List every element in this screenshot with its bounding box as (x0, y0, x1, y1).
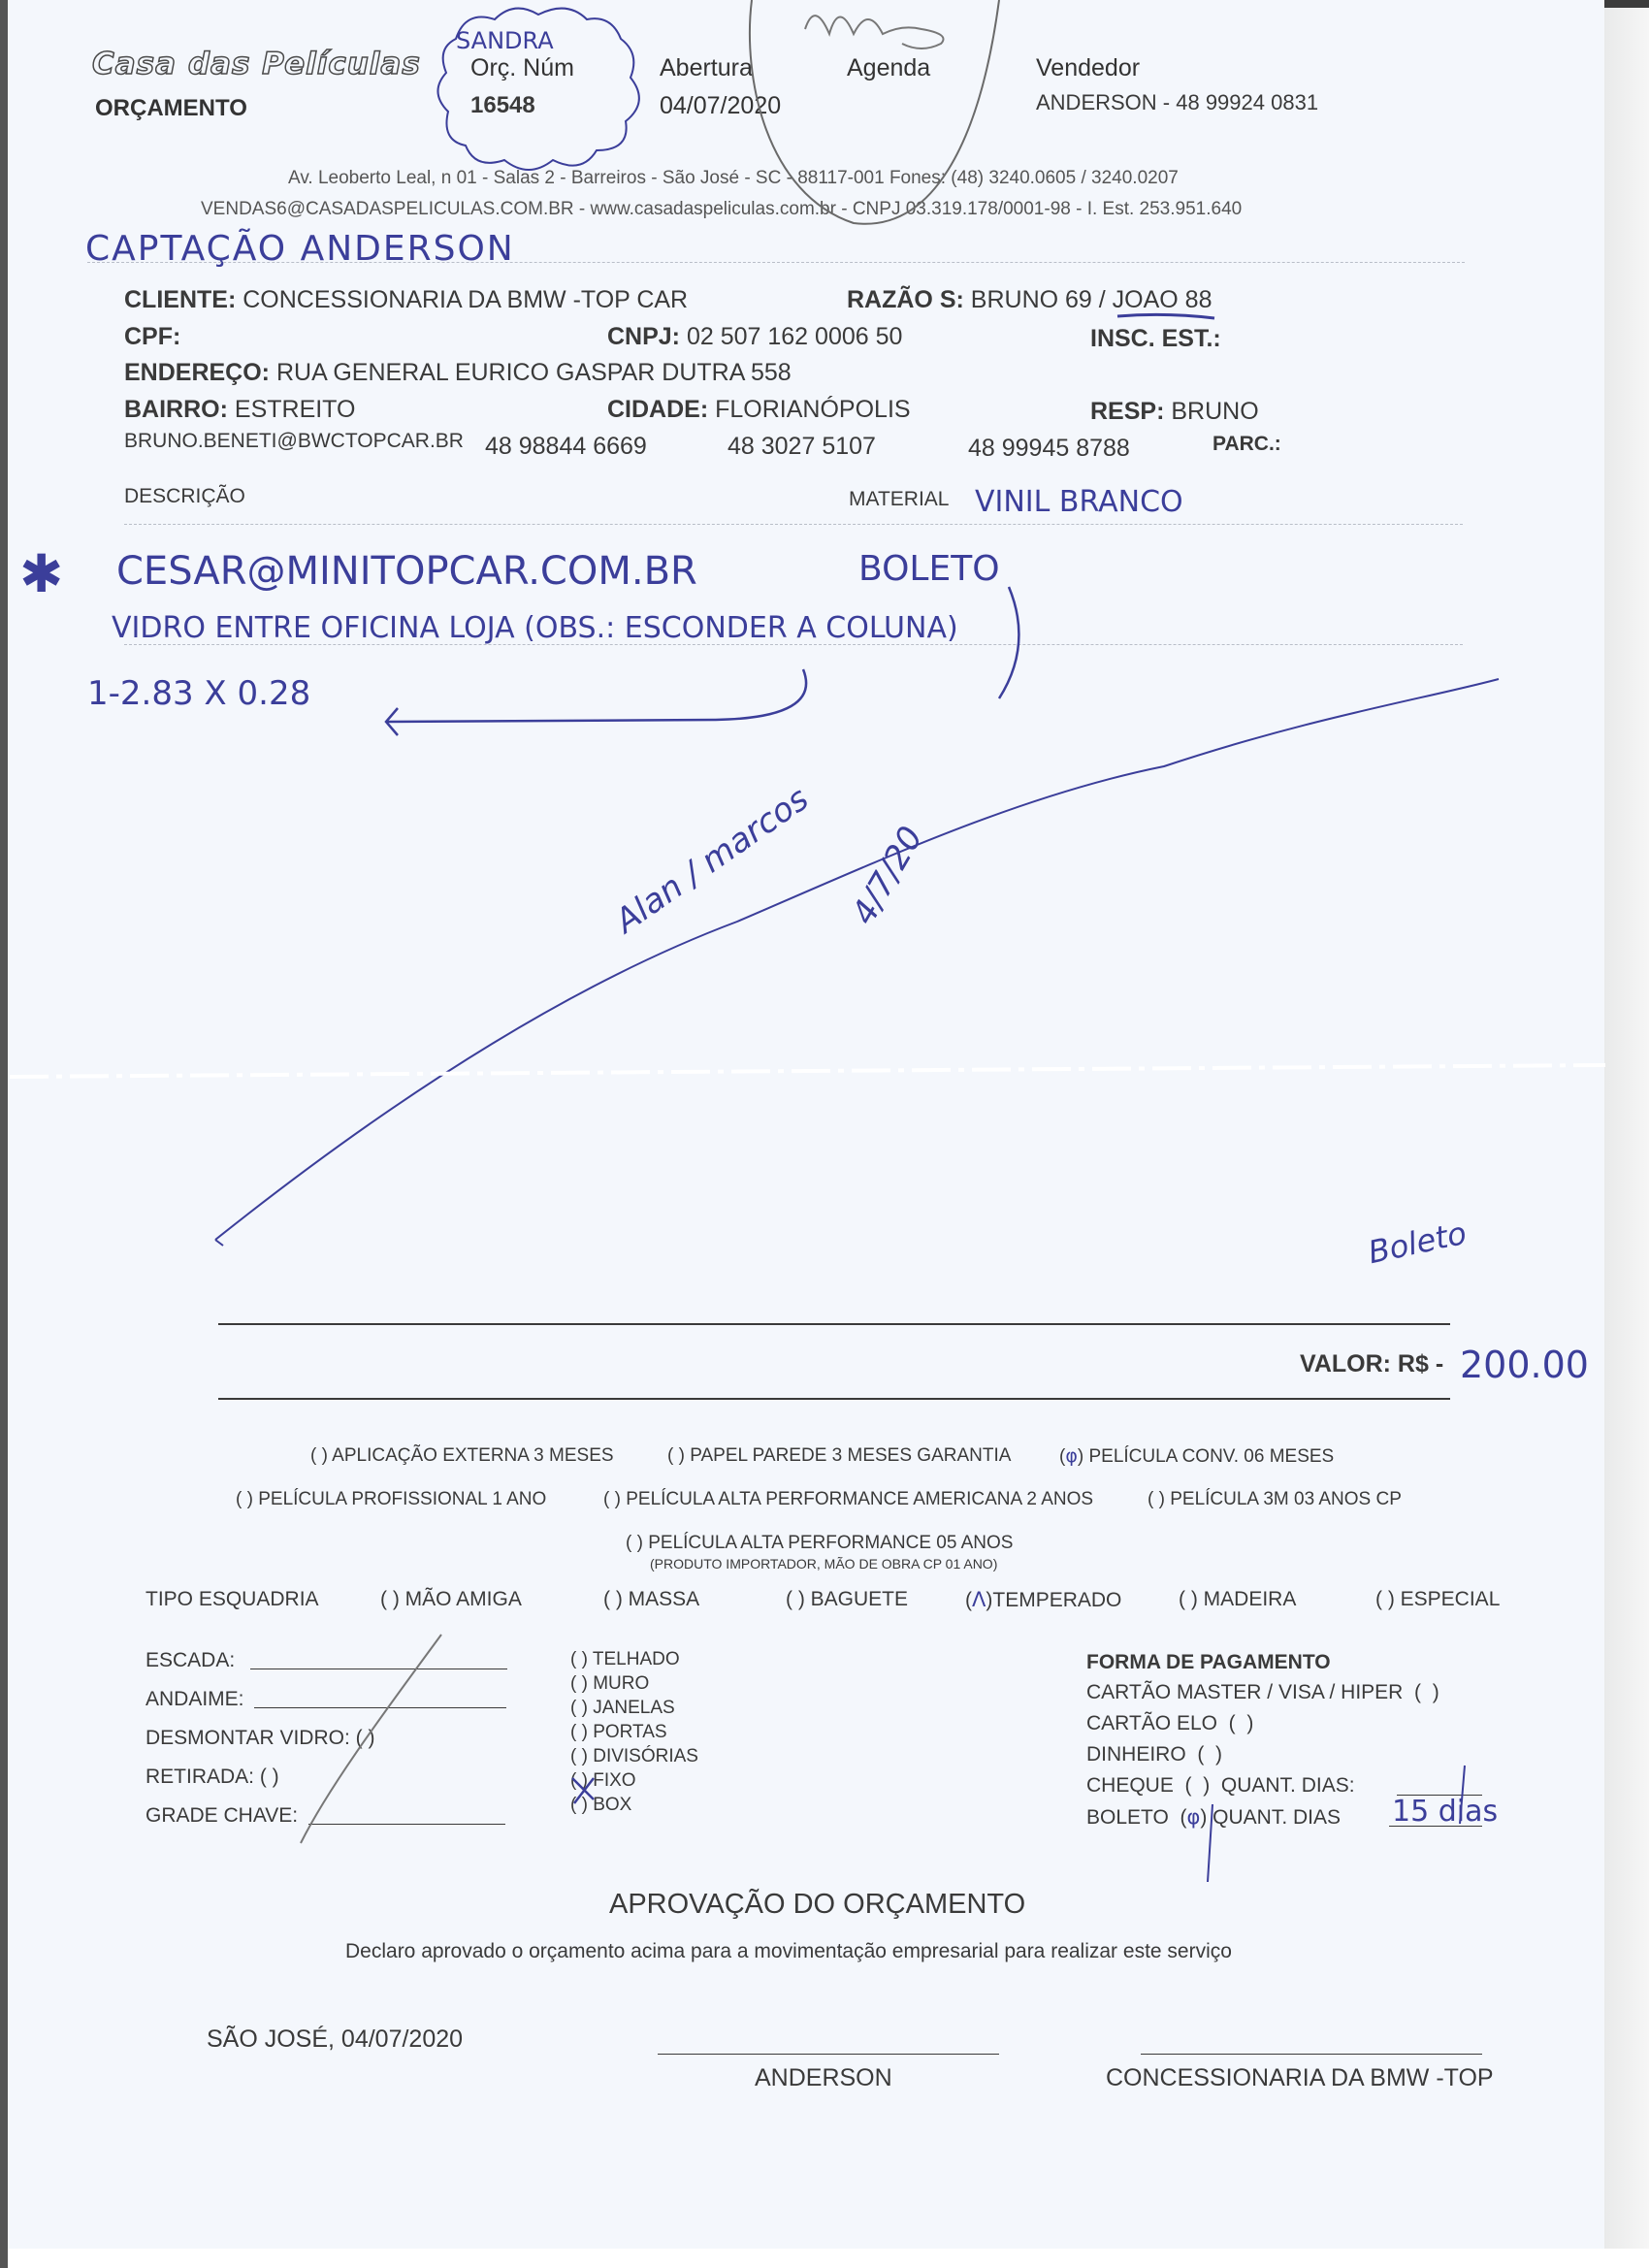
boleto-dias-label: QUANT. DIAS (1212, 1806, 1341, 1829)
cidade-label: CIDADE: (607, 396, 708, 423)
escada-blank[interactable] (250, 1669, 507, 1669)
cnpj-label: CNPJ: (607, 323, 680, 350)
local-option-checked[interactable]: ( ) FIXO (570, 1770, 636, 1792)
resp-label: RESP: (1090, 398, 1164, 425)
desmontar-label: DESMONTAR VIDRO: (145, 1727, 350, 1749)
pag-cheque[interactable]: CHEQUE ( ) QUANT. DIAS: (1086, 1774, 1355, 1798)
local-option[interactable]: ( ) BOX (570, 1795, 631, 1816)
local-option[interactable]: ( ) PORTAS (570, 1722, 667, 1743)
endereco-value: RUA GENERAL EURICO GASPAR DUTRA 558 (276, 359, 792, 386)
abertura-label: Abertura (660, 54, 753, 82)
option-label: BOLETO (1086, 1806, 1169, 1829)
bairro-value: ESTREITO (235, 396, 356, 423)
service-option[interactable]: ( ) PELÍCULA ALTA PERFORMANCE AMERICANA … (603, 1489, 1093, 1510)
esquadria-option[interactable]: ( ) MASSA (603, 1588, 699, 1611)
option-label: MADEIRA (1204, 1588, 1297, 1610)
check-mark-icon: φ (1065, 1445, 1078, 1467)
razao-field: RAZÃO S: BRUNO 69 / JOAO 88 (847, 286, 1212, 314)
signer-client: CONCESSIONARIA DA BMW -TOP (1106, 2064, 1494, 2092)
service-label: PAPEL PAREDE 3 MESES GARANTIA (690, 1445, 1011, 1466)
checkbox-icon: ( ) (570, 1795, 593, 1815)
cpf-label: CPF: (124, 323, 180, 351)
orc-num-label: Orç. Núm (470, 54, 574, 82)
insc-est-label: INSC. EST.: (1090, 325, 1221, 353)
desmontar-field[interactable]: DESMONTAR VIDRO: ( ) (145, 1727, 374, 1750)
checkbox-icon: ( ) (570, 1746, 593, 1766)
doc-type-title: ORÇAMENTO (95, 95, 247, 122)
signer-vendor: ANDERSON (755, 2064, 892, 2092)
local-option[interactable]: ( ) DIVISÓRIAS (570, 1746, 698, 1767)
grade-chave-label: GRADE CHAVE: (145, 1804, 298, 1828)
service-label: APLICAÇÃO EXTERNA 3 MESES (332, 1445, 613, 1466)
service-label: PELÍCULA 3M 03 ANOS CP (1170, 1489, 1402, 1509)
razao-value: BRUNO 69 / JOAO 88 (971, 286, 1212, 313)
pag-cartao-elo[interactable]: CARTÃO ELO ( ) (1086, 1712, 1253, 1735)
asterisk-icon: ✱ (19, 543, 63, 604)
bairro-field: BAIRRO: ESTREITO (124, 396, 355, 424)
esquadria-option[interactable]: ( ) MÃO AMIGA (380, 1588, 522, 1611)
option-label: TELHADO (593, 1649, 680, 1669)
option-label: DINHEIRO (1086, 1743, 1186, 1766)
esquadria-option-checked[interactable]: (Λ)TEMPERADO (965, 1588, 1121, 1612)
cnpj-field: CNPJ: 02 507 162 0006 50 (607, 323, 902, 351)
esquadria-option[interactable]: ( ) BAGUETE (786, 1588, 908, 1611)
service-note: (PRODUTO IMPORTADOR, MÃO DE OBRA CP 01 A… (650, 1556, 997, 1571)
valor-top-rule (218, 1323, 1450, 1325)
retirada-field[interactable]: RETIRADA: ( ) (145, 1766, 279, 1789)
pag-cartao-master[interactable]: CARTÃO MASTER / VISA / HIPER ( ) (1086, 1681, 1439, 1704)
handwritten-boleto-note: BOLETO (858, 549, 1000, 589)
divider (87, 262, 1465, 264)
service-label: PELÍCULA PROFISSIONAL 1 ANO (258, 1489, 546, 1509)
grade-chave-blank[interactable] (308, 1824, 505, 1825)
option-label: CHEQUE (1086, 1774, 1174, 1797)
check-mark-icon: φ (1186, 1805, 1200, 1829)
approval-place-date: SÃO JOSÉ, 04/07/2020 (207, 2025, 463, 2054)
company-contact: VENDAS6@CASADASPELICULAS.COM.BR - www.ca… (201, 199, 1242, 220)
option-label: CARTÃO MASTER / VISA / HIPER (1086, 1681, 1403, 1703)
client-phone-3: 48 99945 8788 (968, 435, 1130, 463)
material-value-handwritten: VINIL BRANCO (975, 485, 1183, 519)
option-label: ESPECIAL (1401, 1588, 1501, 1610)
option-label: MURO (593, 1673, 649, 1694)
checkbox-icon: ( ) (570, 1673, 593, 1694)
andaime-label: ANDAIME: (145, 1688, 244, 1711)
retirada-label: RETIRADA: (145, 1766, 254, 1788)
agenda-label: Agenda (847, 54, 930, 82)
option-label: CARTÃO ELO (1086, 1712, 1217, 1734)
esquadria-option[interactable]: ( ) ESPECIAL (1375, 1588, 1500, 1611)
local-option[interactable]: ( ) TELHADO (570, 1649, 680, 1670)
vendedor-label: Vendedor (1036, 54, 1140, 82)
cliente-field: CLIENTE: CONCESSIONARIA DA BMW -TOP CAR (124, 286, 688, 314)
andaime-blank[interactable] (254, 1707, 506, 1708)
abertura-value: 04/07/2020 (660, 92, 781, 120)
service-label: PELÍCULA ALTA PERFORMANCE AMERICANA 2 AN… (626, 1489, 1093, 1509)
handwritten-email: CESAR@MINITOPCAR.COM.BR (116, 549, 697, 594)
pag-dinheiro[interactable]: DINHEIRO ( ) (1086, 1743, 1222, 1766)
checkbox-icon: ( ) (570, 1770, 593, 1791)
brand-logo: Casa das Películas (92, 47, 421, 81)
local-option[interactable]: ( ) MURO (570, 1673, 649, 1695)
check-mark-icon: Λ (972, 1588, 986, 1611)
resp-field: RESP: BRUNO (1090, 398, 1259, 426)
handwritten-cloud-name: SANDRA (456, 27, 554, 54)
client-signature-line[interactable] (1141, 2054, 1482, 2055)
client-phone-2: 48 3027 5107 (727, 433, 876, 461)
esquadria-option[interactable]: ( ) MADEIRA (1179, 1588, 1296, 1611)
option-label: DIVISÓRIAS (593, 1746, 698, 1766)
option-label: PORTAS (593, 1722, 666, 1742)
descricao-label: DESCRIÇÃO (124, 485, 245, 508)
checkbox-icon: ( ) (570, 1649, 593, 1669)
service-option[interactable]: ( ) APLICAÇÃO EXTERNA 3 MESES (310, 1445, 614, 1467)
cliente-label: CLIENTE: (124, 286, 236, 313)
scan-right-margin (1604, 8, 1649, 2249)
checkbox-icon: ( ) (570, 1698, 593, 1718)
service-option[interactable]: ( ) PELÍCULA ALTA PERFORMANCE 05 ANOS (626, 1533, 1013, 1554)
cliente-value: CONCESSIONARIA DA BMW -TOP CAR (242, 286, 688, 313)
option-label: FIXO (593, 1770, 635, 1791)
esquadria-label: TIPO ESQUADRIA (145, 1588, 319, 1611)
divider (124, 524, 1463, 526)
service-option[interactable]: ( ) PELÍCULA 3M 03 ANOS CP (1148, 1489, 1402, 1510)
parc-label: PARC.: (1212, 433, 1281, 456)
vendor-signature-line[interactable] (658, 2054, 999, 2055)
cheque-dias-label: QUANT. DIAS: (1221, 1774, 1355, 1797)
vendedor-value: ANDERSON - 48 99924 0831 (1036, 90, 1318, 115)
option-label: BAGUETE (811, 1588, 908, 1610)
pagamento-title: FORMA DE PAGAMENTO (1086, 1651, 1331, 1674)
endereco-field: ENDEREÇO: RUA GENERAL EURICO GASPAR DUTR… (124, 359, 792, 387)
cnpj-value: 02 507 162 0006 50 (687, 323, 902, 350)
handwritten-measurement: 1-2.83 X 0.28 (87, 674, 310, 713)
option-label: JANELAS (593, 1698, 674, 1718)
option-label: MASSA (629, 1588, 700, 1610)
checkbox-icon: ( ) (570, 1722, 593, 1742)
cidade-field: CIDADE: FLORIANÓPOLIS (607, 396, 911, 424)
client-phone-1: 48 98844 6669 (485, 433, 647, 461)
resp-value: BRUNO (1171, 398, 1258, 425)
approval-title: APROVAÇÃO DO ORÇAMENTO (609, 1889, 1025, 1921)
client-email: BRUNO.BENETI@BWCTOPCAR.BR (124, 430, 464, 453)
service-option[interactable]: ( ) PELÍCULA PROFISSIONAL 1 ANO (236, 1489, 546, 1510)
endereco-label: ENDEREÇO: (124, 359, 270, 386)
bairro-label: BAIRRO: (124, 396, 228, 423)
valor-label: VALOR: R$ - (1300, 1350, 1443, 1378)
valor-bottom-rule (218, 1398, 1450, 1400)
service-option[interactable]: ( ) PAPEL PAREDE 3 MESES GARANTIA (667, 1445, 1011, 1467)
service-label: PELÍCULA ALTA PERFORMANCE 05 ANOS (648, 1533, 1013, 1553)
scan-left-edge (0, 0, 8, 2268)
material-label: MATERIAL (849, 488, 949, 511)
valor-value-handwritten: 200.00 (1460, 1344, 1589, 1386)
option-label: MÃO AMIGA (405, 1588, 522, 1610)
razao-label: RAZÃO S: (847, 286, 964, 313)
option-label: TEMPERADO (992, 1589, 1121, 1611)
boleto-dias-handwritten: 15 dias (1392, 1795, 1498, 1829)
option-label: BOX (593, 1795, 631, 1815)
company-address: Av. Leoberto Leal, n 01 - Salas 2 - Barr… (288, 168, 1179, 189)
cidade-value: FLORIANÓPOLIS (715, 396, 910, 423)
service-option-checked[interactable]: (φ) PELÍCULA CONV. 06 MESES (1059, 1445, 1334, 1468)
approval-statement: Declaro aprovado o orçamento acima para … (345, 1940, 1232, 1963)
local-option[interactable]: ( ) JANELAS (570, 1698, 675, 1719)
service-label: PELÍCULA CONV. 06 MESES (1088, 1446, 1334, 1467)
pag-boleto-checked[interactable]: BOLETO (φ) QUANT. DIAS (1086, 1805, 1341, 1830)
orc-num-value: 16548 (470, 92, 535, 119)
escada-label: ESCADA: (145, 1649, 235, 1672)
handwritten-description: VIDRO ENTRE OFICINA LOJA (OBS.: ESCONDER… (112, 611, 958, 645)
